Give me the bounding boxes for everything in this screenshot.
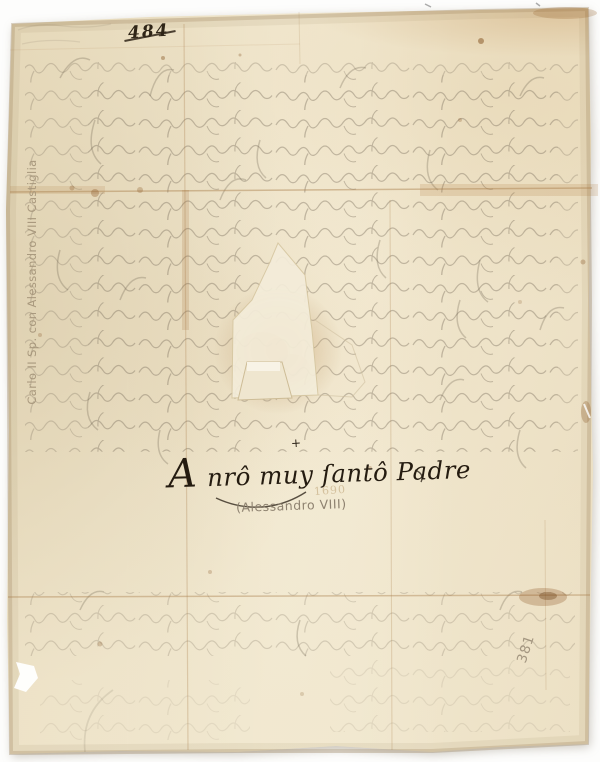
address-line: A nrô muy ſantô Padre [167, 443, 448, 498]
photograph-of-letter-verso: 484 Carlo II Sp. con Alessandro VIII Cas… [0, 0, 600, 762]
paper-shadow [0, 0, 600, 762]
letter-paper [0, 0, 600, 762]
left-margin-pencil-note: Carlo II Sp. con Alessandro VIII Castigl… [25, 157, 43, 407]
